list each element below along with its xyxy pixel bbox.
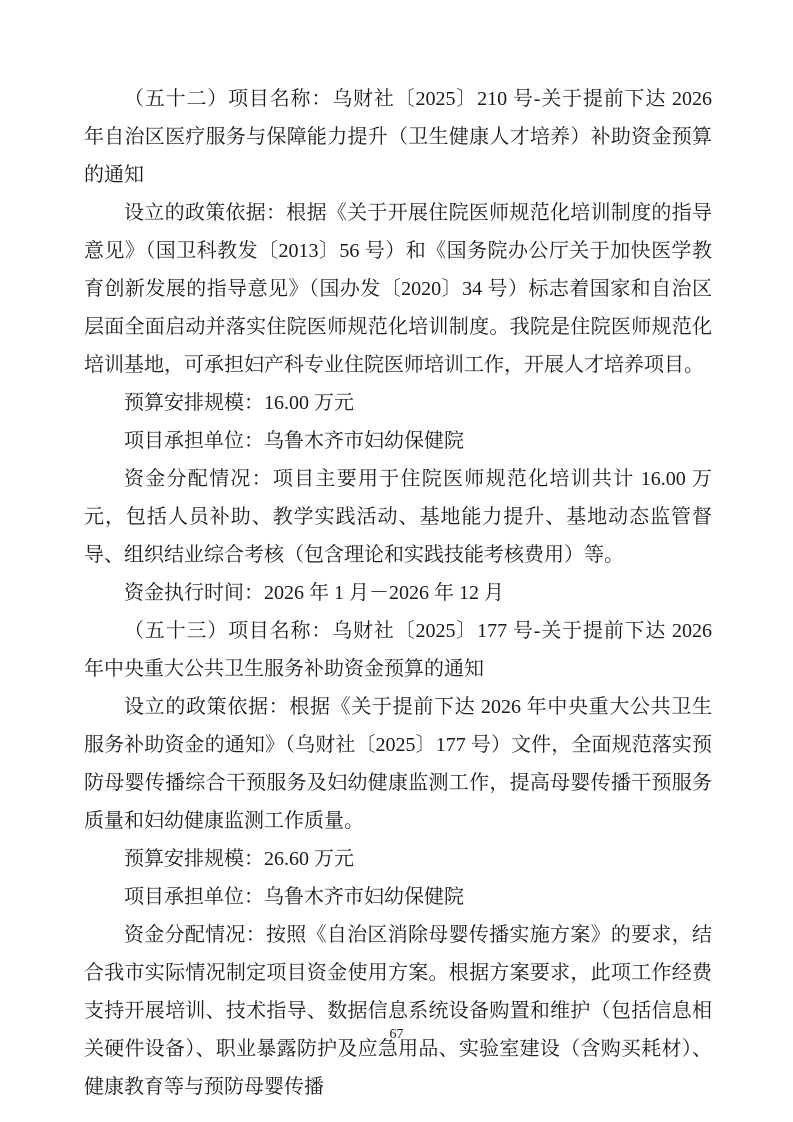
paragraph: 预算安排规模：26.60 万元 [84, 840, 712, 878]
paragraph: （五十二）项目名称：乌财社〔2025〕210 号-关于提前下达 2026 年自治… [84, 80, 712, 194]
paragraph: 项目承担单位：乌鲁木齐市妇幼保健院 [84, 878, 712, 916]
page-number: 67 [0, 1026, 793, 1044]
document-body: （五十二）项目名称：乌财社〔2025〕210 号-关于提前下达 2026 年自治… [84, 80, 712, 1106]
paragraph: （五十三）项目名称：乌财社〔2025〕177 号-关于提前下达 2026 年中央… [84, 612, 712, 688]
paragraph: 设立的政策依据：根据《关于开展住院医师规范化培训制度的指导意见》（国卫科教发〔2… [84, 194, 712, 384]
paragraph: 资金分配情况：按照《自治区消除母婴传播实施方案》的要求，结合我市实际情况制定项目… [84, 916, 712, 1106]
paragraph: 项目承担单位：乌鲁木齐市妇幼保健院 [84, 422, 712, 460]
paragraph: 资金执行时间：2026 年 1 月－2026 年 12 月 [84, 574, 712, 612]
document-page: （五十二）项目名称：乌财社〔2025〕210 号-关于提前下达 2026 年自治… [0, 0, 793, 1122]
paragraph: 预算安排规模：16.00 万元 [84, 384, 712, 422]
paragraph: 设立的政策依据：根据《关于提前下达 2026 年中央重大公共卫生服务补助资金的通… [84, 688, 712, 840]
paragraph: 资金分配情况：项目主要用于住院医师规范化培训共计 16.00 万元，包括人员补助… [84, 460, 712, 574]
